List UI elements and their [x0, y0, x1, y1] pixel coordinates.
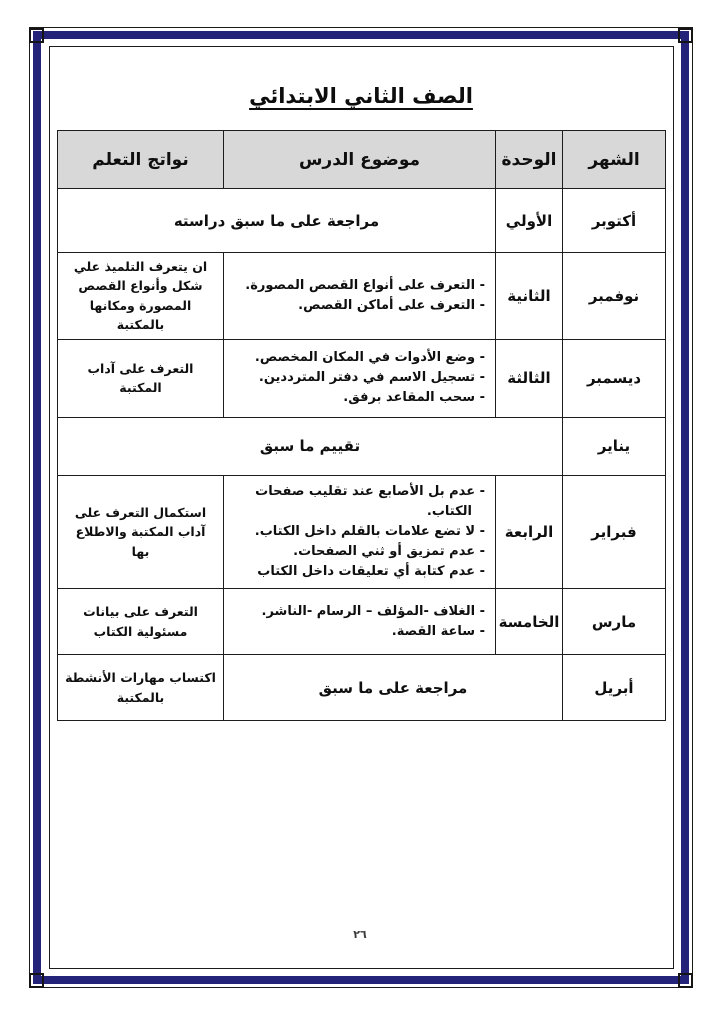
header-learning-outcomes: نواتج التعلم [58, 131, 224, 189]
month-cell: ديسمبر [563, 339, 666, 417]
bullet-line: لا تضع علامات بالقلم داخل الكتاب. [230, 522, 485, 542]
topic-cell: وضع الأدوات في المكان المخصص. تسجيل الاس… [224, 339, 496, 417]
merged-evaluation-cell: تقييم ما سبق [58, 417, 563, 475]
merged-review-cell: مراجعة على ما سبق [224, 655, 563, 721]
unit-cell: الرابعة [496, 475, 563, 589]
outcome-cell: التعرف على بيانات مسئولية الكتاب [58, 589, 224, 655]
document-title: الصف الثاني الابتدائي [57, 84, 665, 108]
header-lesson-topic: موضوع الدرس [224, 131, 496, 189]
month-cell: نوفمبر [563, 253, 666, 340]
table-row-december: ديسمبر الثالثة وضع الأدوات في المكان الم… [58, 339, 666, 417]
bullet-line: التعرف على أماكن القصص. [230, 296, 485, 316]
header-unit: الوحدة [496, 131, 563, 189]
corner-ornament-bottom-left [29, 973, 44, 988]
table-header-row: الشهر الوحدة موضوع الدرس نواتج التعلم [58, 131, 666, 189]
unit-cell: الأولي [496, 189, 563, 253]
outcome-cell: ان يتعرف التلميذ علي شكل وأنواع القصص ال… [58, 253, 224, 340]
unit-cell: الخامسة [496, 589, 563, 655]
table-row-march: مارس الخامسة الغلاف -المؤلف – الرسام -ال… [58, 589, 666, 655]
corner-ornament-top-left [29, 28, 44, 43]
bullet-line: عدم كتابة أي تعليقات داخل الكتاب [230, 562, 485, 582]
bullet-line: عدم بل الأصابع عند تقليب صفحات الكتاب. [230, 482, 485, 522]
table-row-february: فبراير الرابعة عدم بل الأصابع عند تقليب … [58, 475, 666, 589]
bullet-line: التعرف على أنواع القصص المصورة. [230, 276, 485, 296]
merged-review-cell: مراجعة على ما سبق دراسته [58, 189, 496, 253]
outcome-cell: استكمال التعرف على آداب المكتبة والاطلاع… [58, 475, 224, 589]
topic-cell: الغلاف -المؤلف – الرسام -الناشر. ساعة ال… [224, 589, 496, 655]
topic-cell: التعرف على أنواع القصص المصورة. التعرف ع… [224, 253, 496, 340]
month-cell: أكتوبر [563, 189, 666, 253]
outcome-cell: التعرف على آداب المكتبة [58, 339, 224, 417]
month-cell: أبريل [563, 655, 666, 721]
unit-cell: الثالثة [496, 339, 563, 417]
table-row-january: يناير تقييم ما سبق [58, 417, 666, 475]
table-row-october: أكتوبر الأولي مراجعة على ما سبق دراسته [58, 189, 666, 253]
table-row-april: أبريل مراجعة على ما سبق اكتساب مهارات ال… [58, 655, 666, 721]
page-number: ٢٦ [0, 928, 720, 941]
table-row-november: نوفمبر الثانية التعرف على أنواع القصص ال… [58, 253, 666, 340]
topic-cell: عدم بل الأصابع عند تقليب صفحات الكتاب. ل… [224, 475, 496, 589]
month-cell: يناير [563, 417, 666, 475]
header-month: الشهر [563, 131, 666, 189]
bullet-line: وضع الأدوات في المكان المخصص. [230, 348, 485, 368]
bullet-line: ساعة القصة. [230, 622, 485, 642]
curriculum-table: الشهر الوحدة موضوع الدرس نواتج التعلم أك… [57, 130, 666, 721]
month-cell: مارس [563, 589, 666, 655]
corner-ornament-bottom-right [678, 973, 693, 988]
bullet-line: الغلاف -المؤلف – الرسام -الناشر. [230, 602, 485, 622]
month-cell: فبراير [563, 475, 666, 589]
unit-cell: الثانية [496, 253, 563, 340]
bullet-line: سحب المقاعد برفق. [230, 388, 485, 408]
outcome-cell: اكتساب مهارات الأنشطة بالمكتبة [58, 655, 224, 721]
bullet-line: تسجيل الاسم في دفتر المترددين. [230, 368, 485, 388]
bullet-line: عدم تمزيق أو ثني الصفحات. [230, 542, 485, 562]
corner-ornament-top-right [678, 28, 693, 43]
